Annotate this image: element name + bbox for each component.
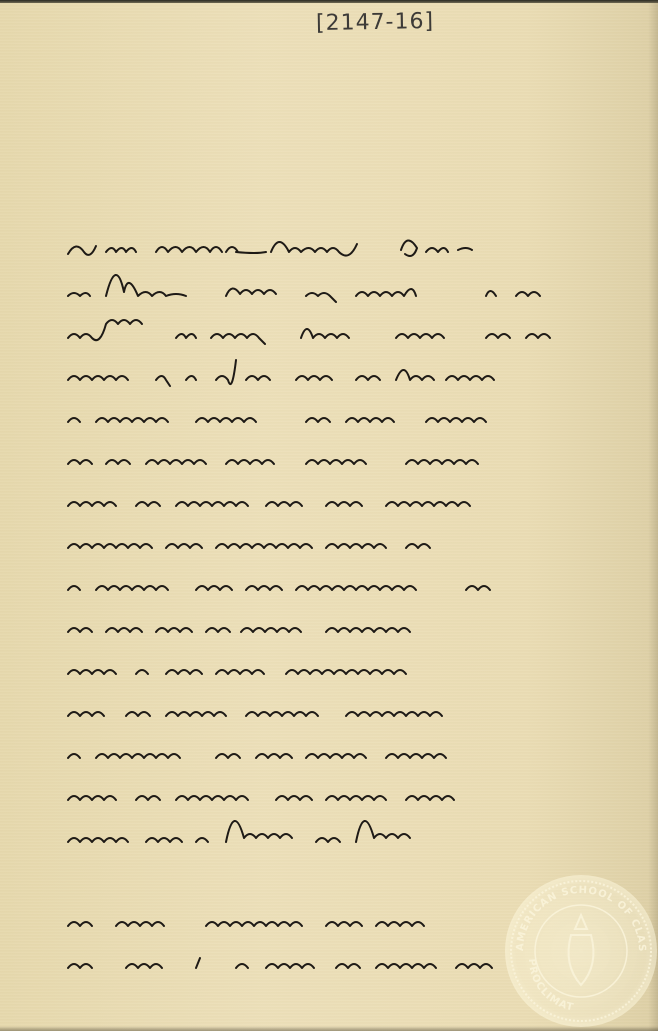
- handwritten-line: [66, 310, 646, 350]
- handwritten-line: [66, 478, 646, 518]
- handwritten-line: [66, 268, 646, 308]
- handwritten-line: [66, 772, 646, 812]
- handwritten-line: [66, 730, 646, 770]
- handwritten-line: [66, 646, 646, 686]
- seal-emblem-icon: [569, 915, 594, 985]
- document-page: [2147-16]: [0, 0, 658, 1031]
- institution-seal-watermark: AMERICAN SCHOOL OF CLASSICAL STUDIES AT …: [505, 875, 657, 1027]
- handwritten-line: [66, 394, 646, 434]
- handwritten-line: [66, 688, 646, 728]
- handwritten-line: [66, 352, 646, 392]
- handwritten-line: [66, 226, 646, 266]
- handwritten-line: [66, 814, 646, 854]
- handwritten-line: [66, 604, 646, 644]
- handwritten-line: [66, 520, 646, 560]
- handwritten-line: [66, 562, 646, 602]
- handwritten-line: [66, 436, 646, 476]
